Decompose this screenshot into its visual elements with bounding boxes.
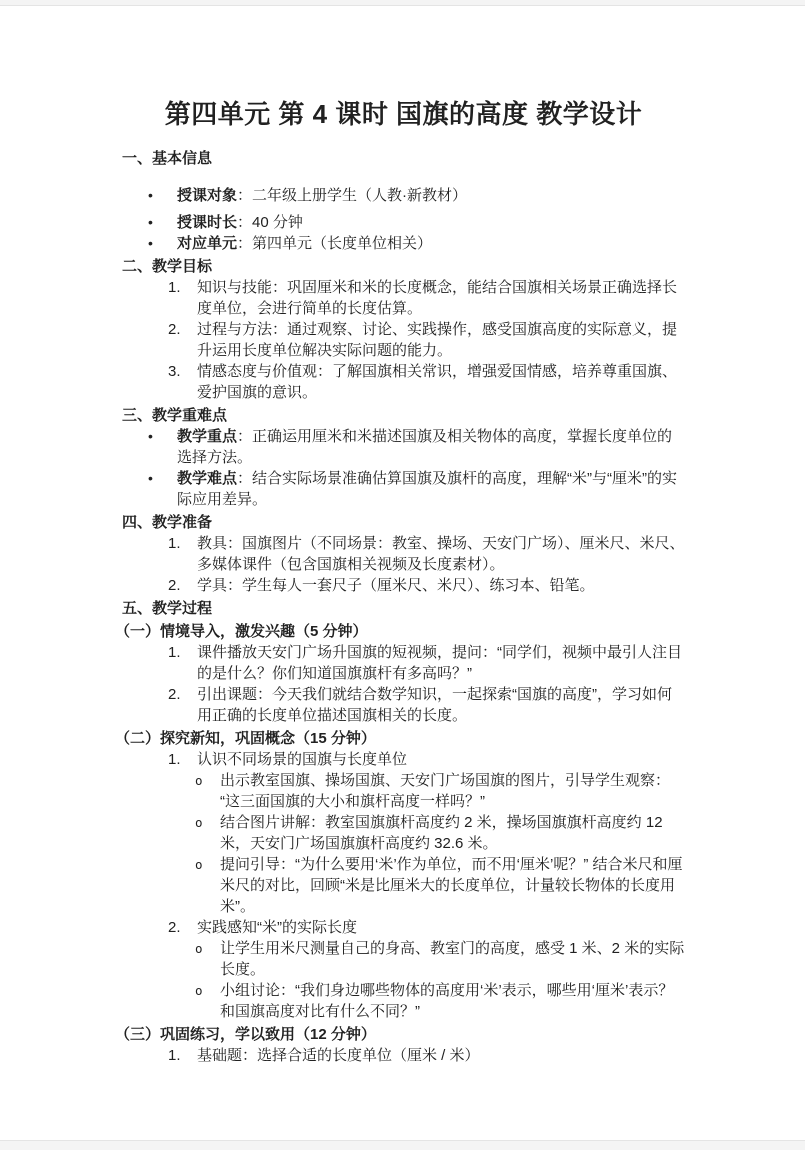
sub-list-item: o 让学生用米尺测量自己的身高、教室门的高度，感受 1 米、2 米的实际长度。 <box>122 938 685 980</box>
list-item-text: 课件播放天安门广场升国旗的短视频，提问：“同学们，视频中最引人注目的是什么？你们… <box>197 642 685 684</box>
bullet-icon: • <box>148 185 177 206</box>
list-item: • 对应单元：第四单元（长度单位相关） <box>122 233 685 254</box>
list-number: 1. <box>168 749 197 770</box>
list-item-text: 实践感知“米”的实际长度 <box>197 917 685 938</box>
sub-list-item: o 小组讨论：“我们身边哪些物体的高度用‘米’表示，哪些用‘厘米’表示？和国旗高… <box>122 980 685 1022</box>
list-number: 2. <box>168 575 197 596</box>
item-label: 授课对象 <box>177 187 237 204</box>
list-item: 2. 学具：学生每人一套尺子（厘米尺、米尺）、练习本、铅笔。 <box>122 575 685 596</box>
sub-bullet-icon: o <box>195 938 220 959</box>
bullet-icon: • <box>148 468 177 489</box>
sub-list-item-text: 出示教室国旗、操场国旗、天安门广场国旗的图片，引导学生观察：“这三面国旗的大小和… <box>220 770 685 812</box>
list-number: 1. <box>168 533 197 554</box>
part-heading-exploration: （二）探究新知，巩固概念（15 分钟） <box>115 728 685 749</box>
item-value: ：二年级上册学生（人教·新教材） <box>237 187 467 204</box>
document-page: 第四单元 第 4 课时 国旗的高度 教学设计 一、基本信息 • 授课对象：二年级… <box>0 5 805 1141</box>
item-value: ：40 分钟 <box>237 214 303 231</box>
sub-list-item: o 结合图片讲解：教室国旗旗杆高度约 2 米，操场国旗旗杆高度约 12 米，天安… <box>122 812 685 854</box>
list-item-text: 引出课题：今天我们就结合数学知识，一起探索“国旗的高度”，学习如何用正确的长度单… <box>197 684 685 726</box>
list-item: 3. 情感态度与价值观：了解国旗相关常识，增强爱国情感，培养尊重国旗、爱护国旗的… <box>122 361 685 403</box>
list-item-text: 学具：学生每人一套尺子（厘米尺、米尺）、练习本、铅笔。 <box>197 575 685 596</box>
list-item-text: 过程与方法：通过观察、讨论、实践操作，感受国旗高度的实际意义，提升运用长度单位解… <box>197 319 685 361</box>
document-viewer: 第四单元 第 4 课时 国旗的高度 教学设计 一、基本信息 • 授课对象：二年级… <box>0 0 805 1150</box>
list-item: 1. 知识与技能：巩固厘米和米的长度概念，能结合国旗相关场景正确选择长度单位，会… <box>122 277 685 319</box>
list-item: 1. 认识不同场景的国旗与长度单位 <box>122 749 685 770</box>
sub-list-item: o 出示教室国旗、操场国旗、天安门广场国旗的图片，引导学生观察：“这三面国旗的大… <box>122 770 685 812</box>
list-number: 2. <box>168 684 197 705</box>
bullet-icon: • <box>148 426 177 447</box>
list-item: 2. 过程与方法：通过观察、讨论、实践操作，感受国旗高度的实际意义，提升运用长度… <box>122 319 685 361</box>
sub-list-item-text: 小组讨论：“我们身边哪些物体的高度用‘米’表示，哪些用‘厘米’表示？和国旗高度对… <box>220 980 685 1022</box>
list-number: 3. <box>168 361 197 382</box>
item-value: ：第四单元（长度单位相关） <box>237 235 432 252</box>
sub-list-item-text: 提问引导：“为什么要用‘米’作为单位，而不用‘厘米’呢？” 结合米尺和厘米尺的对… <box>220 854 685 917</box>
list-number: 1. <box>168 1045 197 1066</box>
list-number: 1. <box>168 277 197 298</box>
sub-list-item-text: 让学生用米尺测量自己的身高、教室门的高度，感受 1 米、2 米的实际长度。 <box>220 938 685 980</box>
sub-list-item: o 提问引导：“为什么要用‘米’作为单位，而不用‘厘米’呢？” 结合米尺和厘米尺… <box>122 854 685 917</box>
list-item-text: 授课对象：二年级上册学生（人教·新教材） <box>177 185 685 206</box>
document-title: 第四单元 第 4 课时 国旗的高度 教学设计 <box>122 96 685 132</box>
list-item-text: 知识与技能：巩固厘米和米的长度概念，能结合国旗相关场景正确选择长度单位，会进行简… <box>197 277 685 319</box>
part-heading-intro: （一）情境导入，激发兴趣（5 分钟） <box>115 621 685 642</box>
sub-bullet-icon: o <box>195 980 220 1001</box>
list-number: 2. <box>168 319 197 340</box>
item-label: 教学难点 <box>177 470 237 487</box>
item-label: 对应单元 <box>177 235 237 252</box>
list-item: 1. 教具：国旗图片（不同场景：教室、操场、天安门广场）、厘米尺、米尺、多媒体课… <box>122 533 685 575</box>
sub-bullet-icon: o <box>195 854 220 875</box>
list-item: 2. 实践感知“米”的实际长度 <box>122 917 685 938</box>
section-heading-teaching-process: 五、教学过程 <box>122 598 685 619</box>
list-item-text: 教学难点：结合实际场景准确估算国旗及旗杆的高度，理解“米”与“厘米”的实际应用差… <box>177 468 685 510</box>
item-label: 授课时长 <box>177 214 237 231</box>
sub-list-item-text: 结合图片讲解：教室国旗旗杆高度约 2 米，操场国旗旗杆高度约 12 米，天安门广… <box>220 812 685 854</box>
section-heading-key-difficult-points: 三、教学重难点 <box>122 405 685 426</box>
list-item: 1. 基础题：选择合适的长度单位（厘米 / 米） <box>122 1045 685 1066</box>
bullet-icon: • <box>148 212 177 233</box>
bullet-icon: • <box>148 233 177 254</box>
list-number: 1. <box>168 642 197 663</box>
list-number: 2. <box>168 917 197 938</box>
sub-bullet-icon: o <box>195 770 220 791</box>
section-heading-teaching-preparation: 四、教学准备 <box>122 512 685 533</box>
list-item-text: 教具：国旗图片（不同场景：教室、操场、天安门广场）、厘米尺、米尺、多媒体课件（包… <box>197 533 685 575</box>
list-item: • 授课时长：40 分钟 <box>122 212 685 233</box>
list-item-text: 授课时长：40 分钟 <box>177 212 685 233</box>
part-heading-practice: （三）巩固练习，学以致用（12 分钟） <box>115 1024 685 1045</box>
list-item: • 教学重点：正确运用厘米和米描述国旗及相关物体的高度，掌握长度单位的选择方法。 <box>122 426 685 468</box>
list-item-text: 教学重点：正确运用厘米和米描述国旗及相关物体的高度，掌握长度单位的选择方法。 <box>177 426 685 468</box>
list-item: 1. 课件播放天安门广场升国旗的短视频，提问：“同学们，视频中最引人注目的是什么… <box>122 642 685 684</box>
item-label: 教学重点 <box>177 428 237 445</box>
list-item: • 授课对象：二年级上册学生（人教·新教材） <box>122 185 685 206</box>
list-item-text: 认识不同场景的国旗与长度单位 <box>197 749 685 770</box>
list-item-text: 对应单元：第四单元（长度单位相关） <box>177 233 685 254</box>
sub-bullet-icon: o <box>195 812 220 833</box>
item-value: ：结合实际场景准确估算国旗及旗杆的高度，理解“米”与“厘米”的实际应用差异。 <box>177 470 677 508</box>
list-item-text: 基础题：选择合适的长度单位（厘米 / 米） <box>197 1045 685 1066</box>
list-item: • 教学难点：结合实际场景准确估算国旗及旗杆的高度，理解“米”与“厘米”的实际应… <box>122 468 685 510</box>
section-heading-teaching-goals: 二、教学目标 <box>122 256 685 277</box>
section-heading-basic-info: 一、基本信息 <box>122 148 685 169</box>
item-value: ：正确运用厘米和米描述国旗及相关物体的高度，掌握长度单位的选择方法。 <box>177 428 672 466</box>
list-item: 2. 引出课题：今天我们就结合数学知识，一起探索“国旗的高度”，学习如何用正确的… <box>122 684 685 726</box>
list-item-text: 情感态度与价值观：了解国旗相关常识，增强爱国情感，培养尊重国旗、爱护国旗的意识。 <box>197 361 685 403</box>
